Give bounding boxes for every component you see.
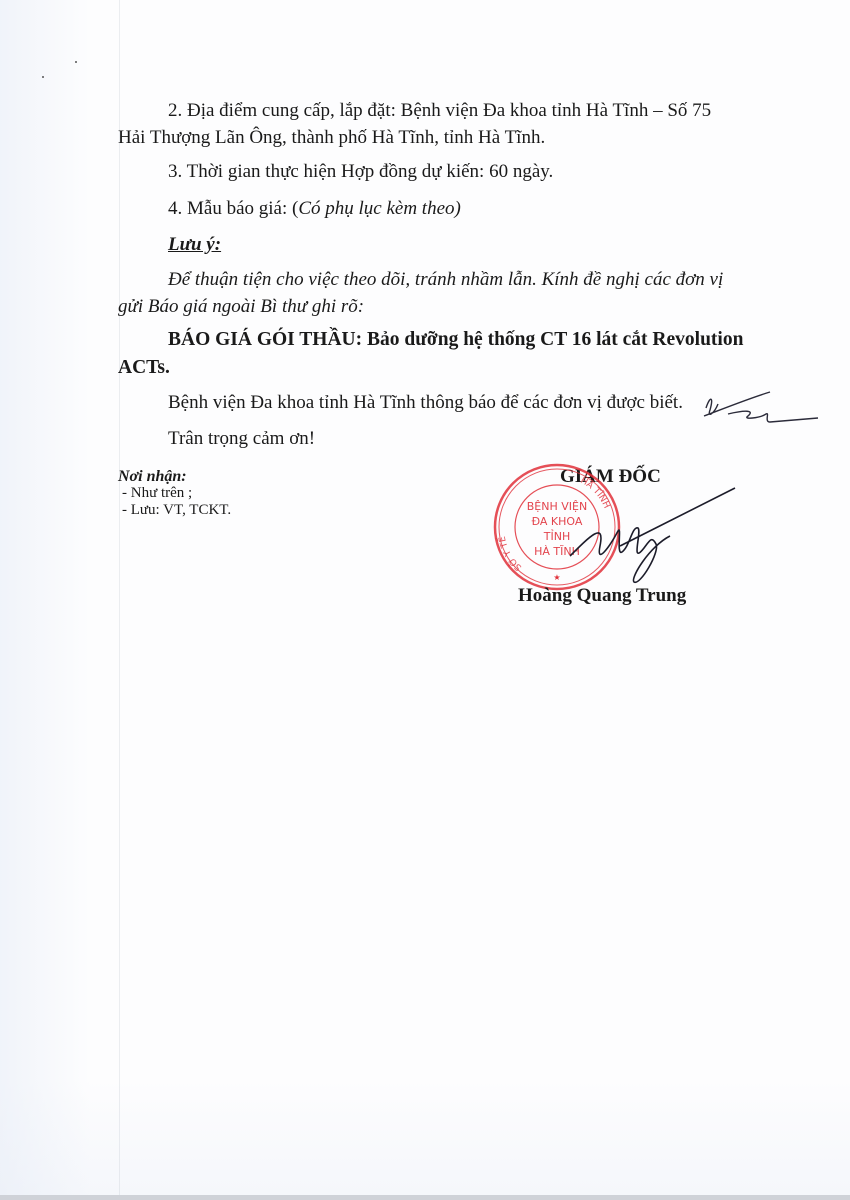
notice: Bệnh viện Đa khoa tỉnh Hà Tĩnh thông báo… [168,391,683,415]
item-4: 4. Mẫu báo giá: (Có phụ lục kèm theo) [168,197,461,221]
item-2-line-1: 2. Địa điểm cung cấp, lắp đặt: Bệnh viện… [168,99,711,123]
handwritten-signature [560,486,740,596]
note-line-1: Để thuận tiện cho việc theo dõi, tránh n… [168,268,723,292]
scan-speck [75,61,77,63]
initials-mark [700,388,820,428]
package-line-1: BÁO GIÁ GÓI THẦU: Bảo dưỡng hệ thống CT … [168,328,743,352]
item-4-prefix: 4. Mẫu báo giá: ( [168,198,298,219]
scan-bottom-edge [0,1195,850,1200]
recipients-title: Nơi nhận: [118,468,231,485]
note-line-2: gửi Báo giá ngoài Bì thư ghi rõ: [118,295,364,319]
note-heading: Lưu ý: [168,233,221,257]
signer-name: Hoàng Quang Trung [518,585,686,607]
package-line-2: ACTs. [118,356,170,380]
item-2-line-2: Hải Thượng Lãn Ông, thành phố Hà Tĩnh, t… [118,126,545,150]
recipient-item: - Như trên ; [118,485,231,502]
item-4-italic: Có phụ lục kèm theo) [298,198,461,219]
recipients-block: Nơi nhận: - Như trên ; - Lưu: VT, TCKT. [118,468,231,519]
item-3: 3. Thời gian thực hiện Hợp đồng dự kiến:… [168,160,553,184]
scan-fold-line [119,0,120,1200]
closing: Trân trọng cảm ơn! [168,427,315,451]
recipient-item: - Lưu: VT, TCKT. [118,502,231,519]
scan-speck [42,76,44,78]
